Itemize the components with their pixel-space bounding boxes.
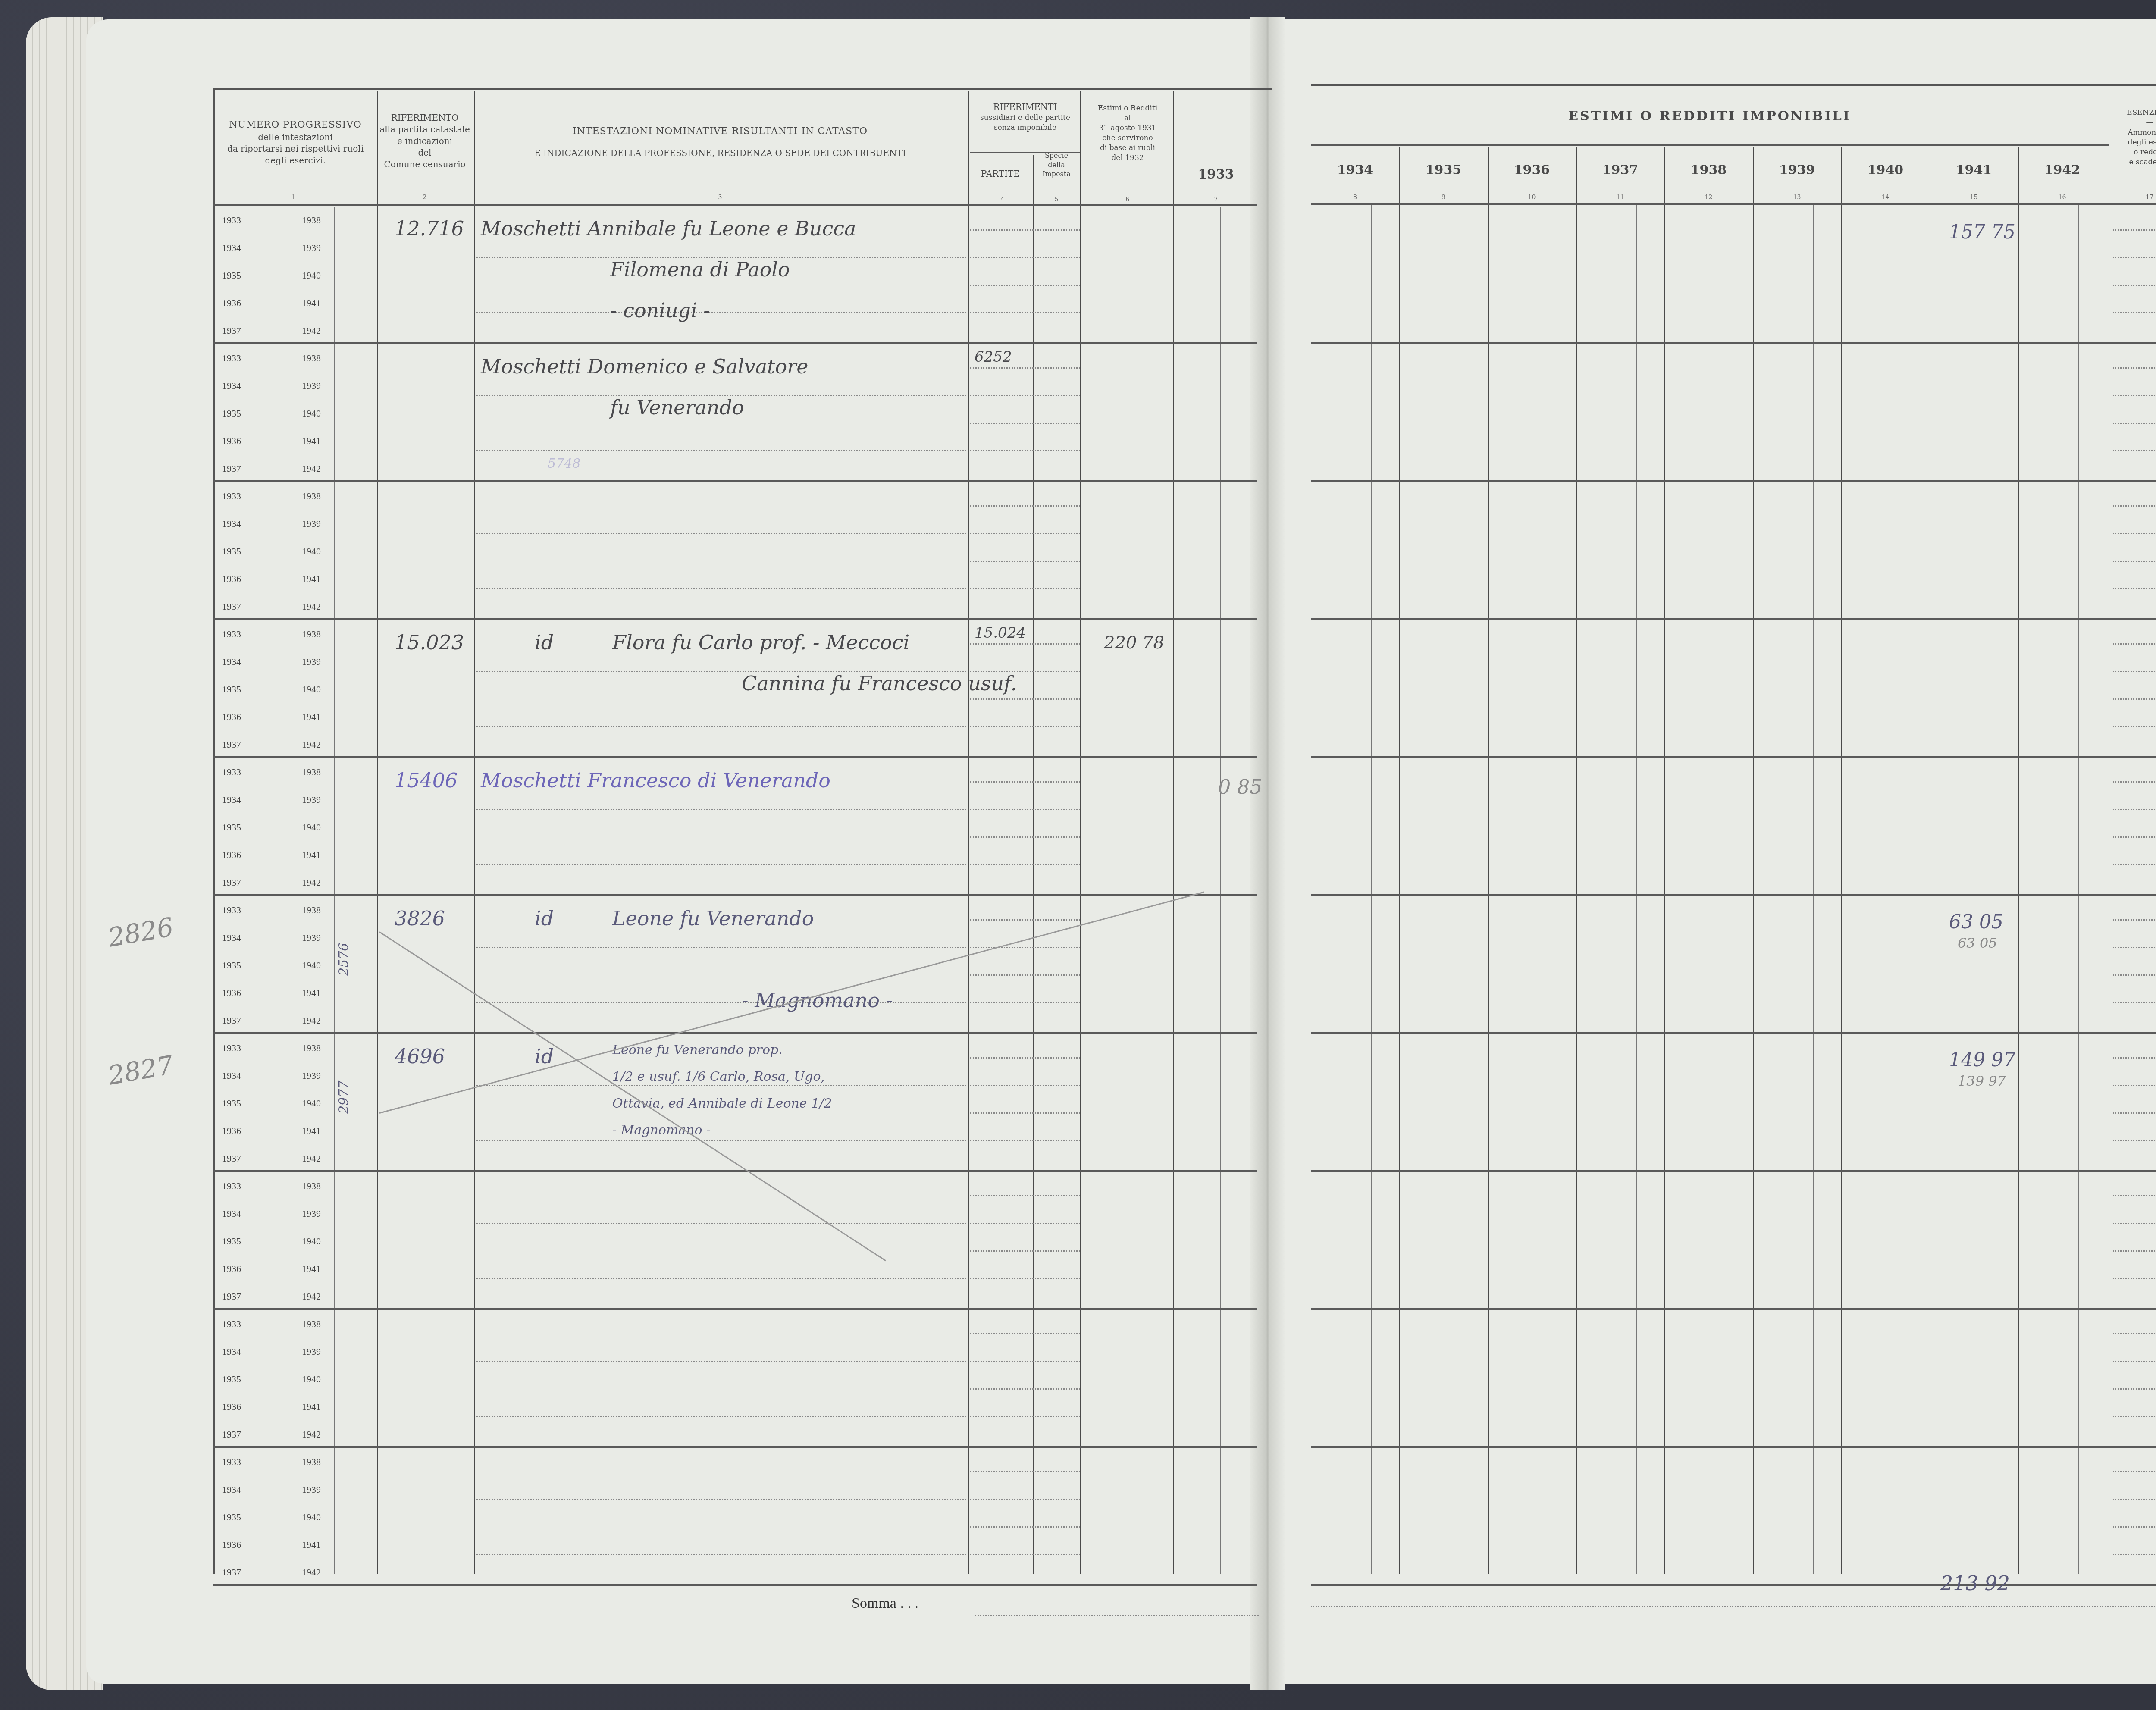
row-rule [970,257,1080,258]
year-label: 1941 [302,1125,321,1137]
header-year-1934: 1934 [1311,162,1399,179]
row-rule [2113,312,2156,313]
row-rule [476,1416,966,1417]
row-rule [970,367,1080,369]
year-label: 1934 [222,656,241,667]
intestazione-line: Cannina fu Francesco usuf. [742,672,1017,695]
intestazione-line: Leone fu Venerando [612,907,814,930]
column-number: 1 [289,194,298,201]
row-rule [2113,809,2156,810]
year-label: 1937 [222,1015,241,1026]
row-rule [970,1416,1080,1417]
row-rule [970,1554,1080,1555]
year-label: 1938 [302,1043,321,1054]
year-label: 1940 [302,822,321,833]
row-rule [2113,698,2156,700]
riferimento-partita: 15406 [395,769,458,792]
row-separator [213,1446,1257,1448]
row-separator [213,342,1257,344]
riferimento-partita: 3826 [395,907,445,930]
row-rule [970,1250,1080,1252]
row-separator [1311,480,2156,482]
year-label: 1933 [222,767,241,778]
somma-total-1941: 213 92 [1940,1572,2010,1595]
row-rule [970,1195,1080,1196]
row-rule [2113,1140,2156,1141]
riferimento-partita: 4696 [395,1045,445,1068]
year-label: 1933 [222,1319,241,1330]
somma-rule [1311,1606,2156,1607]
column-divider [474,91,475,1574]
year-label: 1938 [302,215,321,226]
column-divider [2018,147,2019,1574]
row-rule [2113,395,2156,396]
year-label: 1936 [222,711,241,723]
row-rule [2113,1002,2156,1003]
value-1941-pencil: 139 97 [1958,1073,2006,1089]
row-rule [970,423,1080,424]
value-1933: 0 85 [1218,775,1262,799]
year-label: 1941 [302,849,321,861]
year-label: 1935 [222,270,241,281]
row-rule [2113,588,2156,589]
row-rule [970,726,1080,727]
year-label: 1933 [222,1456,241,1468]
row-rule [2113,1499,2156,1500]
year-label: 1933 [222,1043,241,1054]
row-rule [970,1002,1080,1003]
faint-note: 5748 [548,456,580,471]
year-label: 1939 [302,794,321,805]
partite-value: 6252 [975,348,1012,366]
year-label: 1940 [302,1098,321,1109]
column-divider [1145,207,1145,1574]
row-rule [2113,836,2156,838]
year-label: 1937 [222,877,241,888]
year-label: 1941 [302,987,321,999]
progressive-note: 2576 [336,943,351,976]
row-rule [476,1361,966,1362]
intestazione-line: Filomena di Paolo [610,258,790,281]
year-label: 1936 [222,1263,241,1275]
intestazione-line: Moschetti Annibale fu Leone e Bucca [481,217,856,240]
intestazione-line: 1/2 e usuf. 1/6 Carlo, Rosa, Ugo, [612,1069,825,1084]
year-label: 1936 [222,987,241,999]
row-rule [476,1140,966,1141]
row-rule [970,643,1080,645]
row-separator [213,1584,1257,1586]
year-label: 1937 [222,1153,241,1164]
year-label: 1938 [302,491,321,502]
year-label: 1936 [222,849,241,861]
row-rule [970,395,1080,396]
column-divider [968,91,969,1574]
year-label: 1940 [302,960,321,971]
idem-mark: id [535,631,554,654]
row-rule [970,1140,1080,1141]
row-separator [1311,894,2156,896]
somma-label: Somma . . . [852,1595,918,1612]
year-label: 1934 [222,242,241,254]
row-rule [2113,671,2156,672]
row-rule [2113,919,2156,921]
year-label: 1935 [222,960,241,971]
column-divider [1488,147,1489,1574]
header-riferimenti-sussidiari: RIFERIMENTI sussidiari e delle partite s… [970,101,1080,133]
year-label: 1939 [302,242,321,254]
row-separator [213,1032,1257,1034]
year-label: 1933 [222,491,241,502]
column-divider [334,207,335,1574]
column-number: 12 [1705,194,1713,201]
year-label: 1937 [222,463,241,474]
year-label: 1936 [222,1539,241,1550]
somma-rule [975,1615,1259,1616]
row-rule [476,312,966,313]
year-label: 1934 [222,380,241,391]
row-rule [2113,533,2156,534]
year-label: 1936 [222,298,241,309]
year-label: 1939 [302,518,321,529]
row-separator [1311,1032,2156,1034]
value-1941-pencil: 63 05 [1958,935,1997,951]
year-label: 1938 [302,767,321,778]
year-label: 1935 [222,1512,241,1523]
cents-divider [1813,205,1814,1574]
year-label: 1935 [222,1236,241,1247]
year-label: 1936 [222,1125,241,1137]
row-rule [970,1388,1080,1390]
header-esenzioni: ESENZIONI — Ammontare degli estimi o red… [2111,108,2156,167]
row-rule [970,1471,1080,1472]
row-rule [970,836,1080,838]
row-rule [970,1223,1080,1224]
row-rule [2113,1554,2156,1555]
row-rule [2113,1526,2156,1528]
intestazione-line: - Magnomano - [612,1123,711,1138]
cents-divider [1725,205,1725,1574]
year-label: 1938 [302,905,321,916]
row-rule [2113,1333,2156,1334]
row-rule [970,809,1080,810]
header-title: NUMERO PROGRESSIVO [216,119,375,132]
row-rule [970,1333,1080,1334]
header-specie-imposta: Specie della Imposta [1033,151,1080,179]
row-rule [970,947,1080,948]
row-rule [970,505,1080,507]
cents-divider [1548,205,1548,1574]
row-rule [970,1499,1080,1500]
year-label: 1934 [222,932,241,943]
row-separator [1311,618,2156,620]
year-label: 1942 [302,601,321,612]
column-divider [1664,147,1665,1574]
row-rule [970,229,1080,231]
row-rule [476,864,966,865]
year-label: 1940 [302,1374,321,1385]
row-separator [213,480,1257,482]
cents-divider [1990,205,1990,1574]
year-label: 1941 [302,1539,321,1550]
row-separator [213,1308,1257,1310]
year-label: 1940 [302,270,321,281]
year-label: 1935 [222,822,241,833]
year-label: 1935 [222,408,241,419]
row-rule [2113,1471,2156,1472]
header-rule [970,152,1080,153]
row-rule [476,809,966,810]
year-label: 1937 [222,1429,241,1440]
year-label: 1942 [302,325,321,336]
year-label: 1937 [222,1567,241,1578]
year-label: 1941 [302,1401,321,1412]
row-rule [2113,1250,2156,1252]
row-rule [476,588,966,589]
year-label: 1934 [222,794,241,805]
column-number: 15 [1970,194,1978,201]
year-label: 1937 [222,739,241,750]
year-label: 1933 [222,1181,241,1192]
year-label: 1939 [302,1346,321,1357]
year-label: 1940 [302,408,321,419]
column-number: 4 [998,196,1007,203]
row-rule [476,1554,966,1555]
row-rule [2113,1416,2156,1417]
partite-value: 15.024 [975,624,1026,642]
year-label: 1939 [302,1484,321,1495]
year-label: 1934 [222,518,241,529]
year-label: 1934 [222,1070,241,1081]
year-label: 1935 [222,684,241,695]
header-rule [1311,144,2109,146]
year-label: 1936 [222,435,241,447]
column-divider [1930,147,1930,1574]
year-label: 1942 [302,739,321,750]
year-label: 1941 [302,1263,321,1275]
row-rule [2113,1195,2156,1196]
idem-mark: id [535,1045,554,1068]
header-numero-progressivo: NUMERO PROGRESSIVO delle intestazioni da… [216,119,375,166]
row-rule [970,450,1080,451]
row-rule [2113,257,2156,258]
year-label: 1939 [302,1070,321,1081]
year-label: 1940 [302,546,321,557]
row-separator [1311,1446,2156,1448]
year-label: 1942 [302,877,321,888]
column-number: 6 [1123,196,1132,203]
header-year-1941: 1941 [1930,162,2018,179]
year-label: 1939 [302,380,321,391]
column-number: 2 [420,194,429,201]
cents-divider [1371,205,1372,1574]
intestazione-line: fu Venerando [610,396,744,419]
column-number: 10 [1528,194,1536,201]
row-rule [2113,561,2156,562]
year-label: 1936 [222,1401,241,1412]
row-rule [970,1526,1080,1528]
row-rule [2113,726,2156,727]
row-rule [970,533,1080,534]
row-separator [1311,342,2156,344]
column-number: 3 [716,194,724,201]
header-rule [213,204,1257,206]
header-year-1938: 1938 [1664,162,1753,179]
year-label: 1935 [222,1374,241,1385]
header-year-1936: 1936 [1488,162,1576,179]
row-rule [970,1112,1080,1114]
row-separator [1311,1308,2156,1310]
row-rule [970,1057,1080,1059]
year-label: 1941 [302,435,321,447]
year-label: 1938 [302,1181,321,1192]
year-label: 1933 [222,353,241,364]
row-rule [2113,1278,2156,1279]
row-rule [2113,864,2156,865]
year-label: 1937 [222,325,241,336]
estimo-1931-value: 220 78 [1104,633,1164,653]
column-number: 9 [1439,194,1448,201]
row-rule [476,1278,966,1279]
column-number: 8 [1351,194,1360,201]
cents-divider [2078,205,2079,1574]
column-number: 17 [2145,194,2154,201]
cents-divider [1902,205,1902,1574]
year-label: 1934 [222,1208,241,1219]
year-label: 1942 [302,1153,321,1164]
header-intestazioni: INTESTAZIONI NOMINATIVE RISULTANTI IN CA… [476,125,964,159]
column-divider [1080,91,1081,1574]
year-label: 1940 [302,1512,321,1523]
row-separator [1311,1584,2156,1586]
row-rule [2113,229,2156,231]
year-label: 1938 [302,1319,321,1330]
intestazione-line: - coniugi - [610,299,710,322]
value-1941: 157 75 [1949,221,2015,243]
intestazione-line: Flora fu Carlo prof. - Meccoci [612,631,909,654]
column-divider [377,91,378,1574]
row-rule [2113,285,2156,286]
year-label: 1938 [302,629,321,640]
header-year-1937: 1937 [1576,162,1664,179]
row-rule [970,1278,1080,1279]
row-separator [1311,756,2156,758]
riferimento-partita: 12.716 [395,217,464,240]
column-divider [1753,147,1754,1574]
year-label: 1941 [302,573,321,585]
column-number: 11 [1616,194,1625,201]
column-divider [1841,147,1842,1574]
column-number: 13 [1793,194,1802,201]
value-1941: 63 05 [1949,911,2003,933]
row-rule [476,1223,966,1224]
year-label: 1939 [302,932,321,943]
year-label: 1933 [222,629,241,640]
row-rule [2113,1057,2156,1059]
header-year-1935: 1935 [1399,162,1488,179]
header-year-1939: 1939 [1753,162,1841,179]
left-table-frame [213,88,1272,1574]
row-rule [970,864,1080,865]
row-separator [1311,1170,2156,1172]
row-rule [970,561,1080,562]
row-rule [970,1085,1080,1086]
intestazione-line: Moschetti Francesco di Venerando [481,769,830,792]
row-rule [970,1361,1080,1362]
year-label: 1933 [222,905,241,916]
idem-mark: id [535,907,554,930]
year-label: 1935 [222,1098,241,1109]
year-label: 1939 [302,656,321,667]
year-label: 1940 [302,684,321,695]
value-1941: 149 97 [1949,1049,2015,1071]
year-label: 1937 [222,601,241,612]
row-rule [2113,781,2156,783]
row-rule [476,1085,966,1086]
row-rule [2113,367,2156,369]
year-label: 1942 [302,1291,321,1302]
column-divider [257,207,257,1574]
column-divider [291,207,291,1574]
year-label: 1942 [302,1567,321,1578]
year-label: 1942 [302,463,321,474]
row-rule [476,726,966,727]
header-rule [1311,203,2156,205]
row-separator [213,1170,1257,1172]
row-rule [2113,1085,2156,1086]
cents-divider [1460,205,1460,1574]
header-partite: PARTITE [970,168,1031,180]
header-riferimento: RIFERIMENTO alla partita catastale e ind… [379,112,470,170]
column-number: 5 [1052,196,1061,203]
riferimento-partita: 15.023 [395,631,464,654]
header-year-1933: 1933 [1175,166,1257,184]
year-label: 1941 [302,711,321,723]
row-rule [2113,450,2156,451]
column-divider [1399,147,1400,1574]
intestazione-line: Moschetti Domenico e Salvatore [481,355,808,378]
year-label: 1938 [302,1456,321,1468]
row-separator [213,894,1257,896]
row-rule [970,312,1080,313]
year-label: 1935 [222,546,241,557]
row-rule [970,698,1080,700]
row-rule [476,533,966,534]
column-divider [1173,91,1174,1574]
cents-divider [1636,205,1637,1574]
year-label: 1942 [302,1429,321,1440]
year-label: 1941 [302,298,321,309]
column-number: 16 [2058,194,2067,201]
row-rule [2113,947,2156,948]
row-rule [970,781,1080,783]
row-rule [476,450,966,451]
year-label: 1939 [302,1208,321,1219]
year-label: 1938 [302,353,321,364]
column-divider [2109,86,2109,1574]
row-separator [213,618,1257,620]
progressive-note: 2977 [336,1081,351,1114]
column-number: 14 [1881,194,1890,201]
year-label: 1937 [222,1291,241,1302]
row-rule [476,947,966,948]
row-rule [2113,1223,2156,1224]
year-label: 1933 [222,215,241,226]
intestazione-line: Leone fu Venerando prop. [612,1043,783,1058]
row-rule [2113,1388,2156,1390]
row-rule [2113,505,2156,507]
intestazione-line: - Magnomano - [742,989,893,1012]
row-rule [2113,1112,2156,1114]
